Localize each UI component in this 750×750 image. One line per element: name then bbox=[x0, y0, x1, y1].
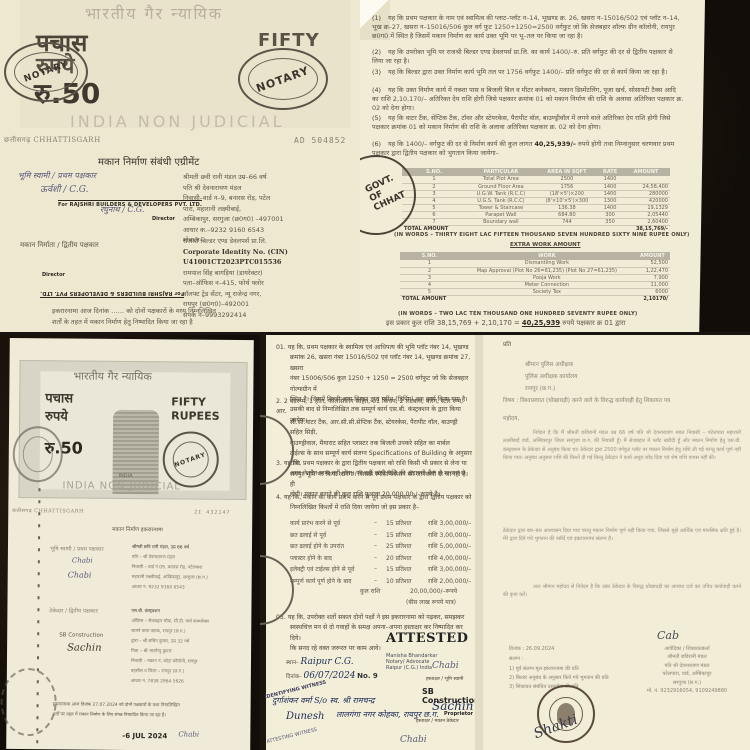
witness-signature: Dunesh bbox=[286, 711, 324, 722]
table-row: 2Ground Floor Area1756140024,58,400 bbox=[402, 183, 670, 190]
clause-4: 4. यह कि, मकान का कार्य प्रारंभ करने से … bbox=[276, 493, 472, 514]
table-row: 6Parapet Wall684.803002,05440 bbox=[402, 211, 670, 218]
payment-row: कार्य प्रारंभ करने से पूर्व–15 प्रतिशतरा… bbox=[290, 519, 475, 531]
table-row: 7Boundary wall7443502,60400 bbox=[402, 218, 670, 225]
india-non-judicial: INDIA NON JUDICIAL bbox=[62, 480, 180, 492]
director-label: Director bbox=[152, 216, 175, 222]
photo-police-complaint-letter: प्रति श्रीमान पुलिस अधीक्षक पुलिस अधीक्ष… bbox=[475, 335, 750, 750]
company-stamp-inverted: For RAJSHRI BUILDERS & DEVELOPERS PVT. L… bbox=[40, 290, 184, 298]
applicant-signature: Cab bbox=[657, 629, 679, 642]
notary-advocate-stamp: Manisha Bhandarkar Notary/ Advocate Raip… bbox=[386, 653, 437, 671]
stamp-value-hindi-2: रुपये bbox=[45, 406, 68, 424]
table-row: 4Meter Connection11,000 bbox=[400, 281, 670, 288]
party1-details: श्रीमती छवी रानी मंडल उम्र–66 वर्ष पति श… bbox=[183, 172, 353, 246]
total-in-words: (IN WORDS – THIRTY EIGHT LAC FIFTEEN THO… bbox=[394, 232, 690, 238]
director-label: Director bbox=[42, 272, 65, 278]
table-total-row: TOTAL AMOUNT38,15,769/- bbox=[402, 225, 670, 232]
party1-label: भूमि स्वामी / प्रथम पक्षकार bbox=[50, 544, 104, 552]
payment-row: इलेक्ट्री एवं टाईल्स होने से पूर्व–15 प्… bbox=[290, 565, 475, 577]
signature-scrawl: Chabi bbox=[72, 556, 93, 564]
letter-paragraph-2: ठेकेदार द्वारा बार–बार आश्वासन दिया गया … bbox=[503, 527, 741, 544]
photo-stamp-agreement-page1: भारतीय गैर न्यायिक पचास रुपये FIFTY रु.5… bbox=[0, 0, 360, 332]
owner-sign-label: हस्ताक्षर / भूमि स्वामी bbox=[426, 675, 463, 685]
letter-to: प्रति bbox=[503, 341, 511, 349]
clause-6: (6)यह कि 1400/– वर्गफुट की दर से निर्माण… bbox=[372, 140, 684, 158]
table-row: 4U.G.S. Tank (R.C.C)(8'×10'×5')×30013004… bbox=[402, 197, 670, 204]
signature-scrawl: Chabi bbox=[68, 570, 92, 579]
photo-stamp-agreement-sb-construction: भारतीय गैर न्यायिक पचास रुपये FIFTY RUPE… bbox=[0, 335, 260, 750]
emblem-label: INDIA bbox=[119, 473, 133, 479]
witness-handwriting: दुर्गाशंकर वर्मा S/o स्व. श्री रामचन्द्र bbox=[272, 695, 374, 706]
round-seal-icon bbox=[0, 668, 57, 736]
construction-cost-table: S.NO.PARTICULARAREA IN SQFTRATEAMOUNT1To… bbox=[402, 168, 670, 232]
notary-seal-icon bbox=[13, 426, 63, 482]
table-row: 5Tower & Staircase136.38140019,1329 bbox=[402, 204, 670, 211]
agreement-preamble: इकरारनामा आज दिनांक 27.07.2024 को दोनों … bbox=[52, 700, 247, 722]
attested-stamp: ATTESTED bbox=[386, 631, 468, 646]
notary-seal-icon: NOTARY bbox=[4, 42, 88, 102]
party2-label: मकान निर्माता / द्वितीय पक्षकार bbox=[20, 240, 99, 251]
table-row: 2Map Approval (Plot No 26=61,235) (Plot … bbox=[400, 267, 670, 274]
stamp-value-english-2: RUPEES bbox=[171, 409, 220, 422]
stamp-serial-number: ZI 432147 bbox=[194, 510, 230, 516]
paper-sheet: 01. यह कि, प्रथम पक्षकार के स्वामित्व एव… bbox=[266, 335, 475, 750]
addressee: श्रीमान पुलिस अधीक्षक पुलिस अधीक्षक कार्… bbox=[525, 361, 578, 393]
table-row: 1Total Plot Area25001400 bbox=[402, 176, 670, 183]
india-non-judicial: INDIA NON JUDICIAL bbox=[70, 112, 285, 131]
party1-label: भूमि स्वामी / प्रथम पक्षकार bbox=[18, 170, 96, 181]
place-line: स्थान– Raipur C.G. bbox=[286, 657, 354, 668]
builder-stamp: SB Construction bbox=[59, 632, 103, 638]
payment-row: प्लास्टर होने के बाद–20 प्रतिशतराशि 4,00… bbox=[290, 554, 475, 566]
clause-1: (1)यह कि प्रथम पक्षकार के नाम एवं स्वामि… bbox=[372, 14, 684, 41]
date-line: दिनांक– 06/07/2024 No. 9 bbox=[286, 671, 378, 682]
table-row: 3Pooja Work7,900 bbox=[400, 274, 670, 281]
letter-date: दिनांक : 26.09.2024 bbox=[509, 645, 554, 653]
table-row: 5Society Tax6000 bbox=[400, 288, 670, 295]
signature-scrawl: रघुनाथ / C.G. bbox=[100, 204, 144, 215]
signature-scrawl: Sachin bbox=[67, 642, 102, 653]
document-title: मकान निर्माण संबंधी एग्रीमेंट bbox=[98, 154, 199, 168]
extra-work-title: EXTRA WORK AMOUNT bbox=[510, 242, 581, 248]
stamp-value-english: FIFTY bbox=[171, 395, 206, 408]
attesting-witness-label: ATTESTING WITNESS bbox=[266, 725, 319, 748]
extra-total-in-words: (IN WORDS – TWO LAC TEN THOUSAND ONE HUN… bbox=[398, 311, 637, 317]
signature-scrawl: ऊर्वशी / C.G. bbox=[40, 182, 88, 195]
extra-work-table: S.NO.WORKAMOUNT1Dismantling Work52,5002M… bbox=[400, 252, 670, 302]
signature-scrawl: Chabi bbox=[178, 730, 199, 738]
stamp-header-hindi: भारतीय गैर न्यायिक bbox=[85, 2, 223, 24]
notary-seal-icon: NOTARY bbox=[238, 48, 328, 110]
clause-3: (3)यह कि बिल्डर द्वारा उक्त निर्माण कार्… bbox=[372, 68, 684, 77]
notary-seal-icon: NOTARY bbox=[163, 431, 219, 487]
builder-sign-label: हस्ताक्षर / मकान ठेकेदार bbox=[416, 717, 459, 727]
table-row: 3U.G.W. Tank (R.C.C)(18'×5')×20014002800… bbox=[402, 190, 670, 197]
date-stamp: -6 JUL 2024 bbox=[122, 732, 167, 740]
payment-row: छत ढलाई होने के उपरांत–25 प्रतिशतराशि 5,… bbox=[290, 542, 475, 554]
paper-edge bbox=[475, 335, 483, 750]
table-total-row: TOTAL AMOUNT2,10170/ bbox=[400, 295, 670, 302]
stamp-header-hindi: भारतीय गैर न्यायिक bbox=[73, 369, 152, 385]
agreement-preamble: इकरारनामा आज दिनांक …… को दोनों पक्षकारो… bbox=[52, 306, 352, 327]
letter-paragraph-1: निवेदन है कि मैं श्रीमती छविरानी मंडल उम… bbox=[503, 429, 741, 463]
photo-agreement-clauses-costs: (1)यह कि प्रथम पक्षकार के नाम एवं स्वामि… bbox=[360, 0, 750, 332]
grand-total-summary: इस प्रकार कुल राशि 38,15,769 + 2,10,170 … bbox=[386, 318, 686, 328]
stamp-value-hindi: पचास bbox=[45, 388, 73, 406]
letter-subject: विषय : विश्वासघात (धोखाधड़ी) करने वाले क… bbox=[503, 397, 670, 405]
photo-agreement-payment-terms: 01. यह कि, प्रथम पक्षकार के स्वामित्व एव… bbox=[260, 335, 475, 750]
document-title: मकान निर्माण इकरारनामा bbox=[112, 525, 163, 533]
enclosure-label: संलग्न : bbox=[509, 655, 523, 663]
letter-salutation: महोदय, bbox=[503, 415, 519, 423]
clause-2: (2)यह कि उपरोक्त भूमि पर राजश्री बिल्डर … bbox=[372, 48, 684, 66]
signature-scrawl: Chabi bbox=[432, 661, 459, 671]
signature-block: आवेदिका / शिकायतकर्ता श्रीमती छविरानी मं… bbox=[641, 645, 733, 695]
payment-row: छत ढलाई से पूर्व–15 प्रतिशतराशि 3,00,000… bbox=[290, 531, 475, 543]
signature-scrawl: Chabi bbox=[400, 735, 427, 745]
letter-paragraph-3: अतः श्रीमान महोदय से निवेदन है कि उक्त ठ… bbox=[503, 583, 741, 600]
stamp-serial-number: AD 504852 bbox=[294, 136, 346, 145]
party2-details: एस.बी. कंस्ट्रक्शन ऑफिस – सेजबहार चौक, स… bbox=[131, 607, 244, 688]
clause-5: (5)यह कि वाटर टैंक, सेप्टिक टैंक, टॉवर औ… bbox=[372, 114, 684, 132]
party1-details: श्रीमती छवि रानी मंडल, उम्र 66 वर्ष पति … bbox=[132, 543, 242, 594]
state-label: छत्तीसगढ़ CHHATTISGARH bbox=[12, 508, 84, 515]
table-row: 1Dismantling Work52,500 bbox=[400, 260, 670, 267]
state-label: छत्तीसगढ़ CHHATTISGARH bbox=[4, 136, 101, 145]
party2-label: ठेकेदार / द्वितीय पक्षकार bbox=[49, 606, 97, 614]
paper-sheet: भारतीय गैर न्यायिक पचास रुपये FIFTY RUPE… bbox=[6, 338, 254, 750]
payment-total-words: (बीस लाख रूपये मात्र) bbox=[290, 598, 475, 610]
clause-4: (4)यह कि उक्त निर्माण कार्य में नक्शा पा… bbox=[372, 86, 684, 113]
